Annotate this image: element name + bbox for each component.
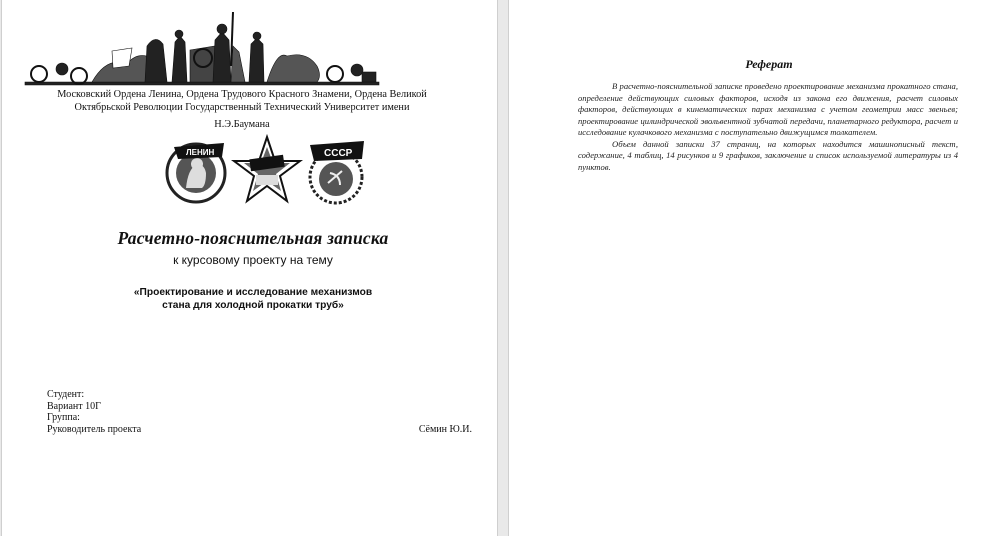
university-line-2: Октябрьской Революции Государственный Те… <box>42 101 442 114</box>
university-name: Московский Ордена Ленина, Ордена Трудово… <box>42 88 442 131</box>
project-theme-line-2: стана для холодной прокатки труб» <box>2 299 504 312</box>
signature-block: Студент: Вариант 10Г Группа: Руководител… <box>47 389 472 435</box>
abstract-paragraph-1: В расчетно-пояснительной записке проведе… <box>578 81 958 139</box>
abstract-paragraph-2: Объем данной записки 37 страниц, на кото… <box>578 139 958 174</box>
svg-text:СССР: СССР <box>324 148 353 159</box>
project-theme: «Проектирование и исследование механизмо… <box>2 286 504 312</box>
svg-text:ЛЕНИН: ЛЕНИН <box>186 148 214 157</box>
university-line-1: Московский Ордена Ленина, Ордена Трудово… <box>42 88 442 101</box>
abstract-title: Реферат <box>509 57 1000 72</box>
abstract-body: В расчетно-пояснительной записке проведе… <box>578 81 958 173</box>
student-label: Студент: <box>47 389 472 401</box>
document-title: Расчетно-пояснительная записка <box>2 228 504 249</box>
page-2-abstract: Реферат В расчетно-пояснительной записке… <box>509 0 1000 536</box>
variant-label: Вариант 10Г <box>47 401 472 413</box>
soviet-orders-image: ЛЕНИН СССР <box>164 133 370 208</box>
order-of-red-banner-icon: СССР <box>310 141 364 203</box>
order-of-october-revolution-icon <box>234 137 300 201</box>
university-frieze-image <box>17 6 387 86</box>
supervisor-name: Сёмин Ю.И. <box>419 424 472 436</box>
group-label: Группа: <box>47 412 472 424</box>
supervisor-label: Руководитель проекта <box>47 424 141 436</box>
project-theme-line-1: «Проектирование и исследование механизмо… <box>2 286 504 299</box>
page-1-title-page: Московский Ордена Ленина, Ордена Трудово… <box>2 0 497 536</box>
document-subtitle: к курсовому проекту на тему <box>2 253 504 267</box>
supervisor-row: Руководитель проекта Сёмин Ю.И. <box>47 424 472 436</box>
university-bauman: Н.Э.Баумана <box>42 118 442 131</box>
order-of-lenin-icon: ЛЕНИН <box>167 143 225 202</box>
